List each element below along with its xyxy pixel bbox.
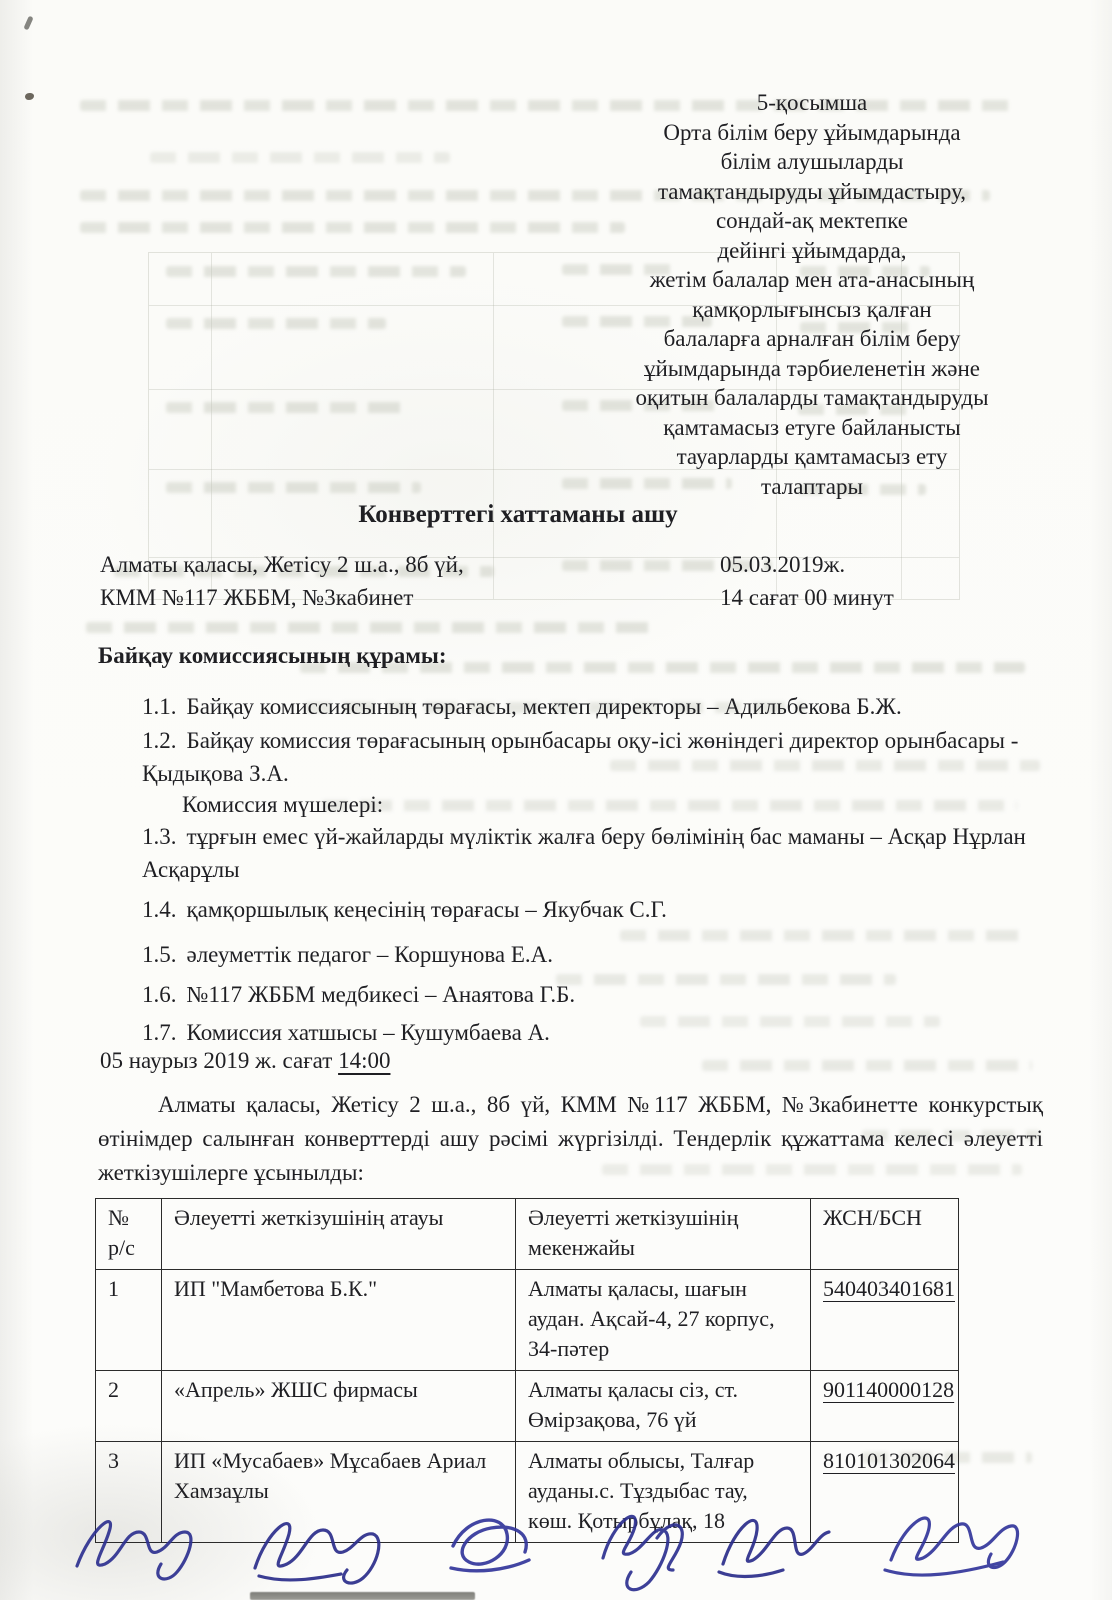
supplier-bin: 901140000128: [823, 1377, 954, 1402]
table-row: 1 ИП "Мамбетова Б.К." Алматы қаласы, шағ…: [96, 1270, 959, 1371]
item-text: әлеуметтік педагог – Коршунова Е.А.: [187, 942, 554, 967]
scanned-document-page: 5-қосымша Орта білім беру ұйымдарында бі…: [0, 0, 1112, 1600]
commission-item-1-7: 1.7.Комиссия хатшысы – Кушумбаева А.: [142, 1016, 1047, 1049]
meeting-time: 14 сағат 00 минут: [720, 581, 1020, 614]
session-time: 14:00: [338, 1048, 390, 1073]
header-line: білім алушыларды: [596, 147, 1028, 177]
item-number: 1.7.: [142, 1020, 177, 1045]
item-text: Байқау комиссиясының төрағасы, мектеп ди…: [187, 694, 902, 719]
session-date-prefix: 05 наурыз 2019 ж. сағат: [100, 1048, 338, 1073]
body-paragraph: Алматы қаласы, Жетісу 2 ш.а., 8б үй, КММ…: [98, 1088, 1043, 1190]
signature-2: [255, 1524, 379, 1583]
signature-6: [885, 1518, 1018, 1575]
item-number: 1.2.: [142, 728, 177, 753]
col-header-supplier-address: Әлеуетті жеткізушінің мекенжайы: [516, 1199, 811, 1270]
item-number: 1.5.: [142, 942, 177, 967]
commission-item-1-1: 1.1.Байқау комиссиясының төрағасы, мекте…: [142, 690, 1047, 723]
header-line: оқитын балаларды тамақтандыруды: [596, 383, 1028, 413]
header-line: жетім балалар мен ата-анасының: [596, 265, 1028, 295]
commission-item-1-4: 1.4.қамқоршылық кеңесінің төрағасы – Яку…: [142, 893, 1047, 926]
appendix-header-block: 5-қосымша Орта білім беру ұйымдарында бі…: [596, 88, 1028, 501]
header-line: тауарларды қамтамасыз ету: [596, 442, 1028, 472]
commission-item-1-6: 1.6.№117 ЖББМ медбикесі – Анаятова Г.Б.: [142, 978, 1047, 1011]
header-line: қамқорлығынсыз қалған: [596, 295, 1028, 325]
supplier-bin: 810101302064: [823, 1448, 955, 1473]
item-text: Байқау комиссия төрағасының орынбасары о…: [142, 728, 1018, 786]
signatures-row: [55, 1492, 1055, 1600]
row-number: 1: [96, 1270, 162, 1371]
commission-item-1-2: 1.2.Байқау комиссия төрағасының орынбаса…: [142, 724, 1047, 790]
commission-members-label: Комиссия мүшелері:: [182, 792, 383, 818]
header-line: талаптары: [596, 472, 1028, 502]
item-text: №117 ЖББМ медбикесі – Анаятова Г.Б.: [187, 982, 576, 1007]
supplier-name: «Апрель» ЖШС фирмасы: [162, 1371, 516, 1442]
document-title: Конверттегі хаттаманы ашу: [68, 501, 968, 529]
meeting-date: 05.03.2019ж.: [720, 548, 1020, 581]
col-header-bin: ЖСН/БСН: [811, 1199, 959, 1270]
item-number: 1.1.: [142, 694, 177, 719]
commission-item-1-5: 1.5.әлеуметтік педагог – Коршунова Е.А.: [142, 938, 1047, 971]
item-text: Комиссия хатшысы – Кушумбаева А.: [187, 1020, 550, 1045]
item-number: 1.3.: [142, 824, 177, 849]
supplier-address: Алматы қаласы сіз, ст. Өмірзақова, 76 үй: [516, 1371, 811, 1442]
commission-heading: Байқау комиссиясының құрамы:: [98, 643, 447, 669]
supplier-name: ИП "Мамбетова Б.К.": [162, 1270, 516, 1371]
signature-4: [603, 1516, 682, 1589]
header-line: Орта білім беру ұйымдарында: [596, 118, 1028, 148]
col-header-row-number: № р/с: [96, 1199, 162, 1270]
item-number: 1.6.: [142, 982, 177, 1007]
signature-1: [77, 1522, 191, 1579]
signature-3: [451, 1520, 529, 1571]
session-datetime: 05 наурыз 2019 ж. сағат 14:00: [100, 1048, 390, 1074]
datetime-block: 05.03.2019ж. 14 сағат 00 минут: [720, 548, 1020, 614]
venue-line-1: Алматы қаласы, Жетісу 2 ш.а., 8б үй,: [100, 548, 660, 581]
header-line: балаларға арналған білім беру: [596, 324, 1028, 354]
table-header-row: № р/с Әлеуетті жеткізушінің атауы Әлеует…: [96, 1199, 959, 1270]
header-line: дейінгі ұйымдарда,: [596, 236, 1028, 266]
supplier-bin: 540403401681: [823, 1276, 955, 1301]
signature-5: [719, 1520, 829, 1576]
table-row: 2 «Апрель» ЖШС фирмасы Алматы қаласы сіз…: [96, 1371, 959, 1442]
supplier-address: Алматы қаласы, шағын аудан. Ақсай-4, 27 …: [516, 1270, 811, 1371]
venue-line-2: КММ №117 ЖББМ, №3кабинет: [100, 581, 660, 614]
header-line: тамақтандыруды ұйымдастыру,: [596, 177, 1028, 207]
commission-item-1-3: 1.3.тұрғын емес үй-жайларды мүліктік жал…: [142, 820, 1047, 886]
header-line: қамтамасыз етуге байланысты: [596, 413, 1028, 443]
item-number: 1.4.: [142, 897, 177, 922]
appendix-label: 5-қосымша: [596, 88, 1028, 118]
header-line: сондай-ақ мектепке: [596, 206, 1028, 236]
item-text: қамқоршылық кеңесінің төрағасы – Якубчак…: [187, 897, 667, 922]
item-text: тұрғын емес үй-жайларды мүліктік жалға б…: [142, 824, 1026, 882]
venue-block: Алматы қаласы, Жетісу 2 ш.а., 8б үй, КММ…: [100, 548, 660, 614]
header-line: ұйымдарында тәрбиеленетін және: [596, 354, 1028, 384]
col-header-supplier-name: Әлеуетті жеткізушінің атауы: [162, 1199, 516, 1270]
row-number: 2: [96, 1371, 162, 1442]
